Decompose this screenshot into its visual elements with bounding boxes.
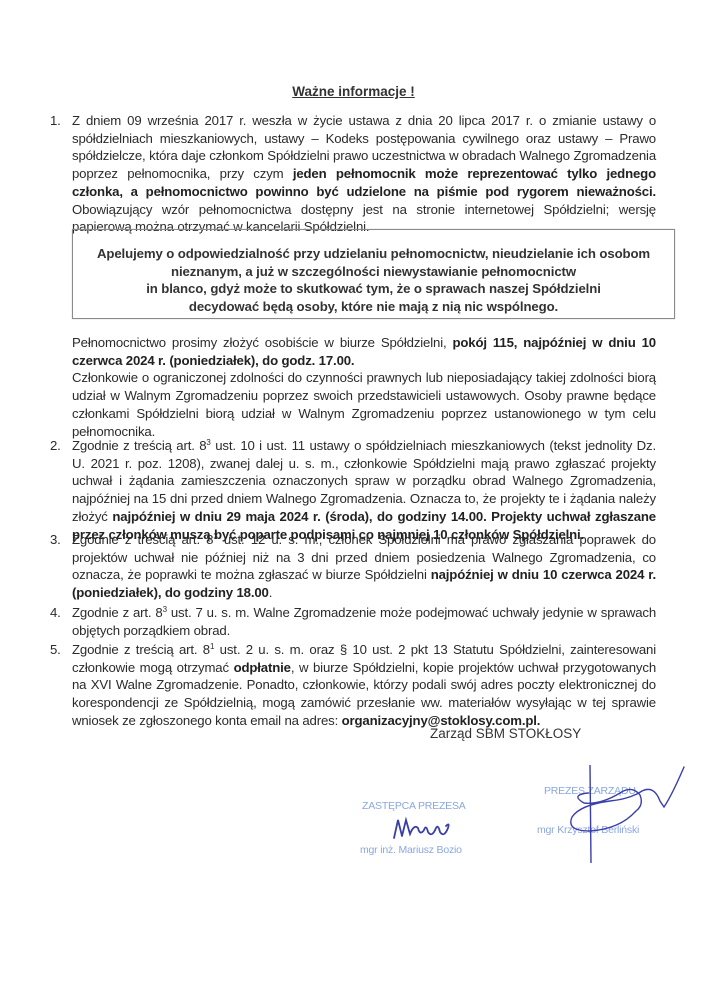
- item-number: 1.: [50, 112, 72, 130]
- stamp-role: ZASTĘPCA PREZESA: [362, 800, 466, 812]
- stamp-name: mgr inż. Mariusz Bozio: [360, 844, 462, 856]
- signature-icon: [390, 814, 470, 844]
- signoff: Zarząd SBM STOKŁOSY: [430, 726, 581, 741]
- list-item-1: 1. Z dniem 09 września 2017 r. weszła w …: [50, 112, 656, 236]
- note-text: Członkowie o ograniczonej zdolności do c…: [72, 369, 656, 440]
- submission-note: Pełnomocnictwo prosimy złożyć osobiście …: [72, 334, 656, 440]
- list-item-5: 5. Zgodnie z treścią art. 81 ust. 2 u. s…: [50, 641, 656, 730]
- item-text: Zgodnie z treścią art. 8: [72, 438, 206, 453]
- item-text: Zgodnie z treścią art. 8: [72, 642, 210, 657]
- list-item-2: 2. Zgodnie z treścią art. 83 ust. 10 i u…: [50, 437, 656, 543]
- item-number: 2.: [50, 437, 72, 455]
- note-text: Pełnomocnictwo prosimy złożyć osobiście …: [72, 335, 453, 350]
- item-text-bold: odpłatnie: [234, 660, 291, 675]
- appeal-line: Apelujemy o odpowiedzialność przy udziel…: [72, 245, 675, 263]
- item-number: 3.: [50, 531, 72, 549]
- item-text: .: [269, 585, 273, 600]
- document-title: Ważne informacje !: [0, 84, 707, 99]
- item-number: 5.: [50, 641, 72, 659]
- list-item-4: 4. Zgodnie z art. 83 ust. 7 u. s. m. Wal…: [50, 604, 656, 639]
- item-text: Zgodnie z treścią art. 8: [72, 532, 213, 547]
- list-item-3: 3. Zgodnie z treścią art. 83 ust. 12 u. …: [50, 531, 656, 602]
- appeal-line: in blanco, gdyż może to skutkować tym, ż…: [72, 280, 675, 298]
- appeal-line: decydować będą osoby, które nie mają z n…: [72, 298, 675, 316]
- item-number: 4.: [50, 604, 72, 622]
- appeal-line: nieznanym, a już w szczególności niewyst…: [72, 263, 675, 281]
- appeal-text: Apelujemy o odpowiedzialność przy udziel…: [72, 245, 675, 315]
- signature-icon: [560, 755, 700, 865]
- item-text: Zgodnie z art. 8: [72, 605, 163, 620]
- document-page: Ważne informacje ! 1. Z dniem 09 wrześni…: [0, 0, 707, 1000]
